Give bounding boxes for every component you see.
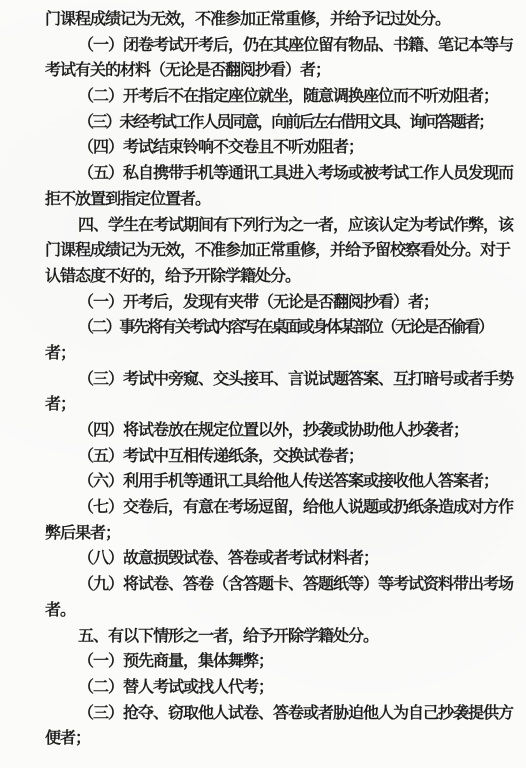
document-line: （五）私自携带手机等通讯工具进入考场或被考试工作人员发现而 [45, 161, 518, 187]
document-line: 门课程成绩记为无效，不准参加正常重修，并给予记过处分。 [45, 7, 518, 33]
document-line: 考试有关的材料（无论是否翻阅抄看）者； [45, 58, 518, 84]
document-line: （一）闭卷考试开考后，仍在其座位留有物品、书籍、笔记本等与 [45, 33, 518, 59]
document-line: 认错态度不好的，给予开除学籍处分。 [45, 264, 518, 290]
document-line: （二）开考后不在指定座位就坐，随意调换座位而不听劝阻者； [45, 84, 518, 110]
document-line: （八）故意损毁试卷、答卷或者考试材料者； [45, 546, 518, 572]
document-page: 门课程成绩记为无效，不准参加正常重修，并给予记过处分。（一）闭卷考试开考后，仍在… [0, 0, 526, 768]
document-line: （二）事先将有关考试内容写在桌面或身体某部位（无论是否偷看） [45, 315, 518, 341]
document-line: （二）替人考试或找人代考； [45, 675, 518, 701]
document-text-block: 门课程成绩记为无效，不准参加正常重修，并给予记过处分。（一）闭卷考试开考后，仍在… [45, 7, 518, 752]
document-line: 者。 [45, 598, 518, 624]
document-line: 者； [45, 341, 518, 367]
document-line: （一）开考后，发现有夹带（无论是否翻阅抄看）者； [45, 290, 518, 316]
document-line: 者； [45, 392, 518, 418]
document-line: 门课程成绩记为无效，不准参加正常重修，并给予留校察看处分。对于 [45, 238, 518, 264]
document-line: 四、学生在考试期间有下列行为之一者，应该认定为考试作弊，该 [45, 213, 518, 239]
document-line: （七）交卷后，有意在考场逗留，给他人说题或扔纸条造成对方作 [45, 495, 518, 521]
document-line: （五）考试中互相传递纸条，交换试卷者； [45, 444, 518, 470]
document-line: （三）未经考试工作人员同意，向前后左右借用文具、询问答题者； [45, 110, 518, 136]
document-line: （九）将试卷、答卷（含答题卡、答题纸等）等考试资料带出考场 [45, 572, 518, 598]
document-line: 五、有以下情形之一者，给予开除学籍处分。 [45, 624, 518, 650]
document-line: 便者； [45, 726, 518, 752]
document-line: （三）抢夺、窃取他人试卷、答卷或者胁迫他人为自己抄袭提供方 [45, 701, 518, 727]
document-line: （六）利用手机等通讯工具给他人传送答案或接收他人答案者； [45, 469, 518, 495]
document-line: 拒不放置到指定位置者。 [45, 187, 518, 213]
document-line: （一）预先商量，集体舞弊； [45, 649, 518, 675]
document-line: （三）考试中旁窥、交头接耳、言说试题答案、互打暗号或者手势 [45, 367, 518, 393]
document-line: 弊后果者； [45, 521, 518, 547]
document-line: （四）考试结束铃响不交卷且不听劝阻者； [45, 135, 518, 161]
document-line: （四）将试卷放在规定位置以外，抄袭或协助他人抄袭者； [45, 418, 518, 444]
